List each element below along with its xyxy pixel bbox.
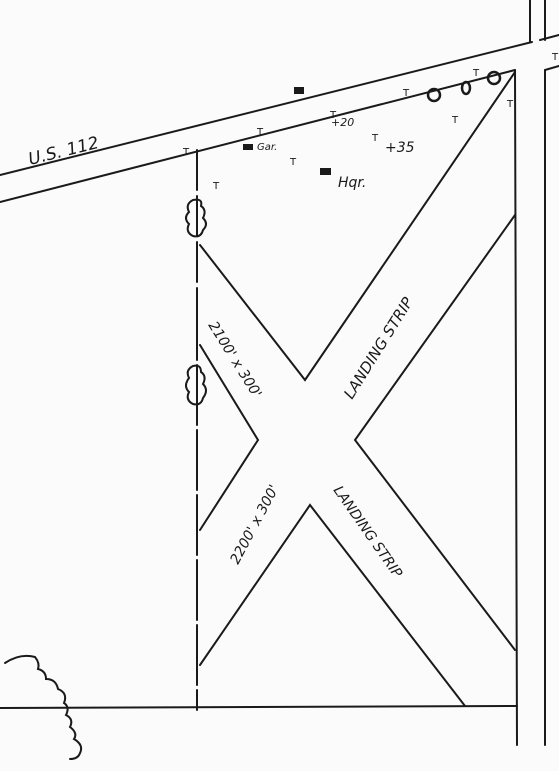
svg-text:T: T [371, 133, 379, 144]
side-road [515, 0, 545, 745]
property-boundary [0, 150, 517, 710]
svg-text:T: T [212, 181, 220, 192]
shrub-icons [428, 72, 500, 101]
runway-1-dimensions: 2100' x 300' [205, 319, 265, 401]
garage-building-icon [243, 144, 253, 150]
building-icon [294, 87, 304, 94]
svg-text:T: T [182, 147, 190, 158]
runway-2-label: LANDING STRIP [330, 483, 406, 581]
svg-text:T: T [289, 157, 297, 168]
runway-labels: LANDING STRIP 2100' x 300' LANDING STRIP… [205, 293, 418, 581]
runway-2-dimensions: 2200' x 300' [227, 482, 282, 567]
svg-text:T: T [329, 110, 337, 121]
highway-us-112 [0, 35, 559, 202]
svg-text:T: T [551, 52, 559, 63]
svg-text:T: T [256, 127, 264, 138]
svg-text:T: T [506, 99, 514, 110]
road-label: U.S. 112 [26, 133, 101, 170]
svg-text:T: T [472, 68, 480, 79]
headquarters-building-icon [320, 168, 331, 175]
elevation-label: +35 [385, 140, 415, 156]
svg-text:T: T [451, 115, 459, 126]
garage-label: Gar. [257, 142, 277, 153]
airfield-map: U.S. 112 LANDING STRIP 2100' x 300' LAND… [0, 0, 559, 771]
headquarters-label: Hqr. [338, 175, 366, 191]
svg-text:T: T [402, 88, 410, 99]
runway-1-label: LANDING STRIP [340, 293, 417, 402]
